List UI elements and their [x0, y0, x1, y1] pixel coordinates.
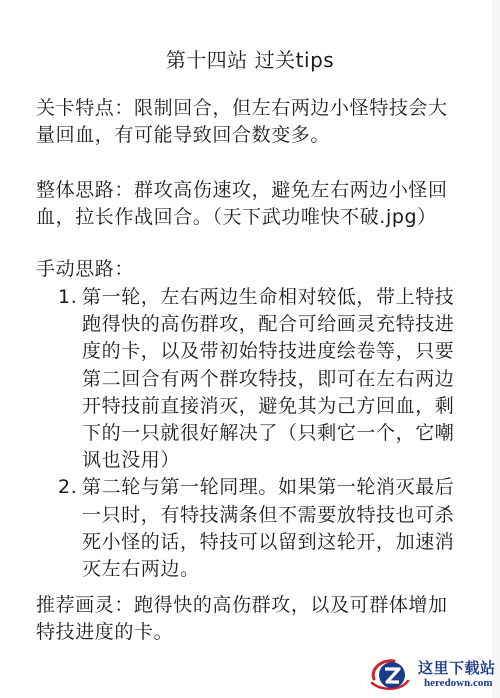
list-item: 1. 第一轮，左右两边生命相对较低，带上特技跑得快的高伤群攻，配合可给画灵充特技… [58, 284, 468, 474]
section-label: 整体思路： [36, 179, 134, 201]
section-manual-strategy-heading: 手动思路： [36, 256, 466, 283]
section-label: 推荐画灵： [36, 594, 134, 616]
watermark-name: 这里下载站 [418, 657, 496, 678]
list-text: 第二轮与第一轮同理。如果第一轮消灭最后一只时，有特技满条但不需要放特技也可杀死小… [82, 476, 454, 580]
watermark-domain: heredown.com [424, 677, 493, 689]
section-level-features: 关卡特点：限制回合，但左右两边小怪特技会大量回血，有可能导致回合数变多。 [36, 95, 466, 149]
heredown-logo-icon [368, 657, 412, 693]
section-label: 手动思路： [36, 258, 134, 280]
list-number: 1. [58, 284, 77, 311]
section-recommended-cards: 推荐画灵：跑得快的高伤群攻，以及可群体增加特技进度的卡。 [36, 592, 466, 646]
watermark-logo: 这里下载站 heredown.com [366, 655, 500, 695]
list-text: 第一轮，左右两边生命相对较低，带上特技跑得快的高伤群攻，配合可给画灵充特技进度的… [82, 286, 454, 471]
list-number: 2. [58, 474, 77, 501]
page-title: 第十四站 过关tips [0, 46, 500, 74]
page-edge [492, 0, 500, 698]
section-overall-strategy: 整体思路：群攻高伤速攻，避免左右两边小怪回血，拉长作战回合。（天下武功唯快不破.… [36, 177, 466, 231]
manual-strategy-list: 1. 第一轮，左右两边生命相对较低，带上特技跑得快的高伤群攻，配合可给画灵充特技… [58, 284, 468, 583]
section-label: 关卡特点： [36, 97, 134, 119]
list-item: 2. 第二轮与第一轮同理。如果第一轮消灭最后一只时，有特技满条但不需要放特技也可… [58, 474, 468, 583]
